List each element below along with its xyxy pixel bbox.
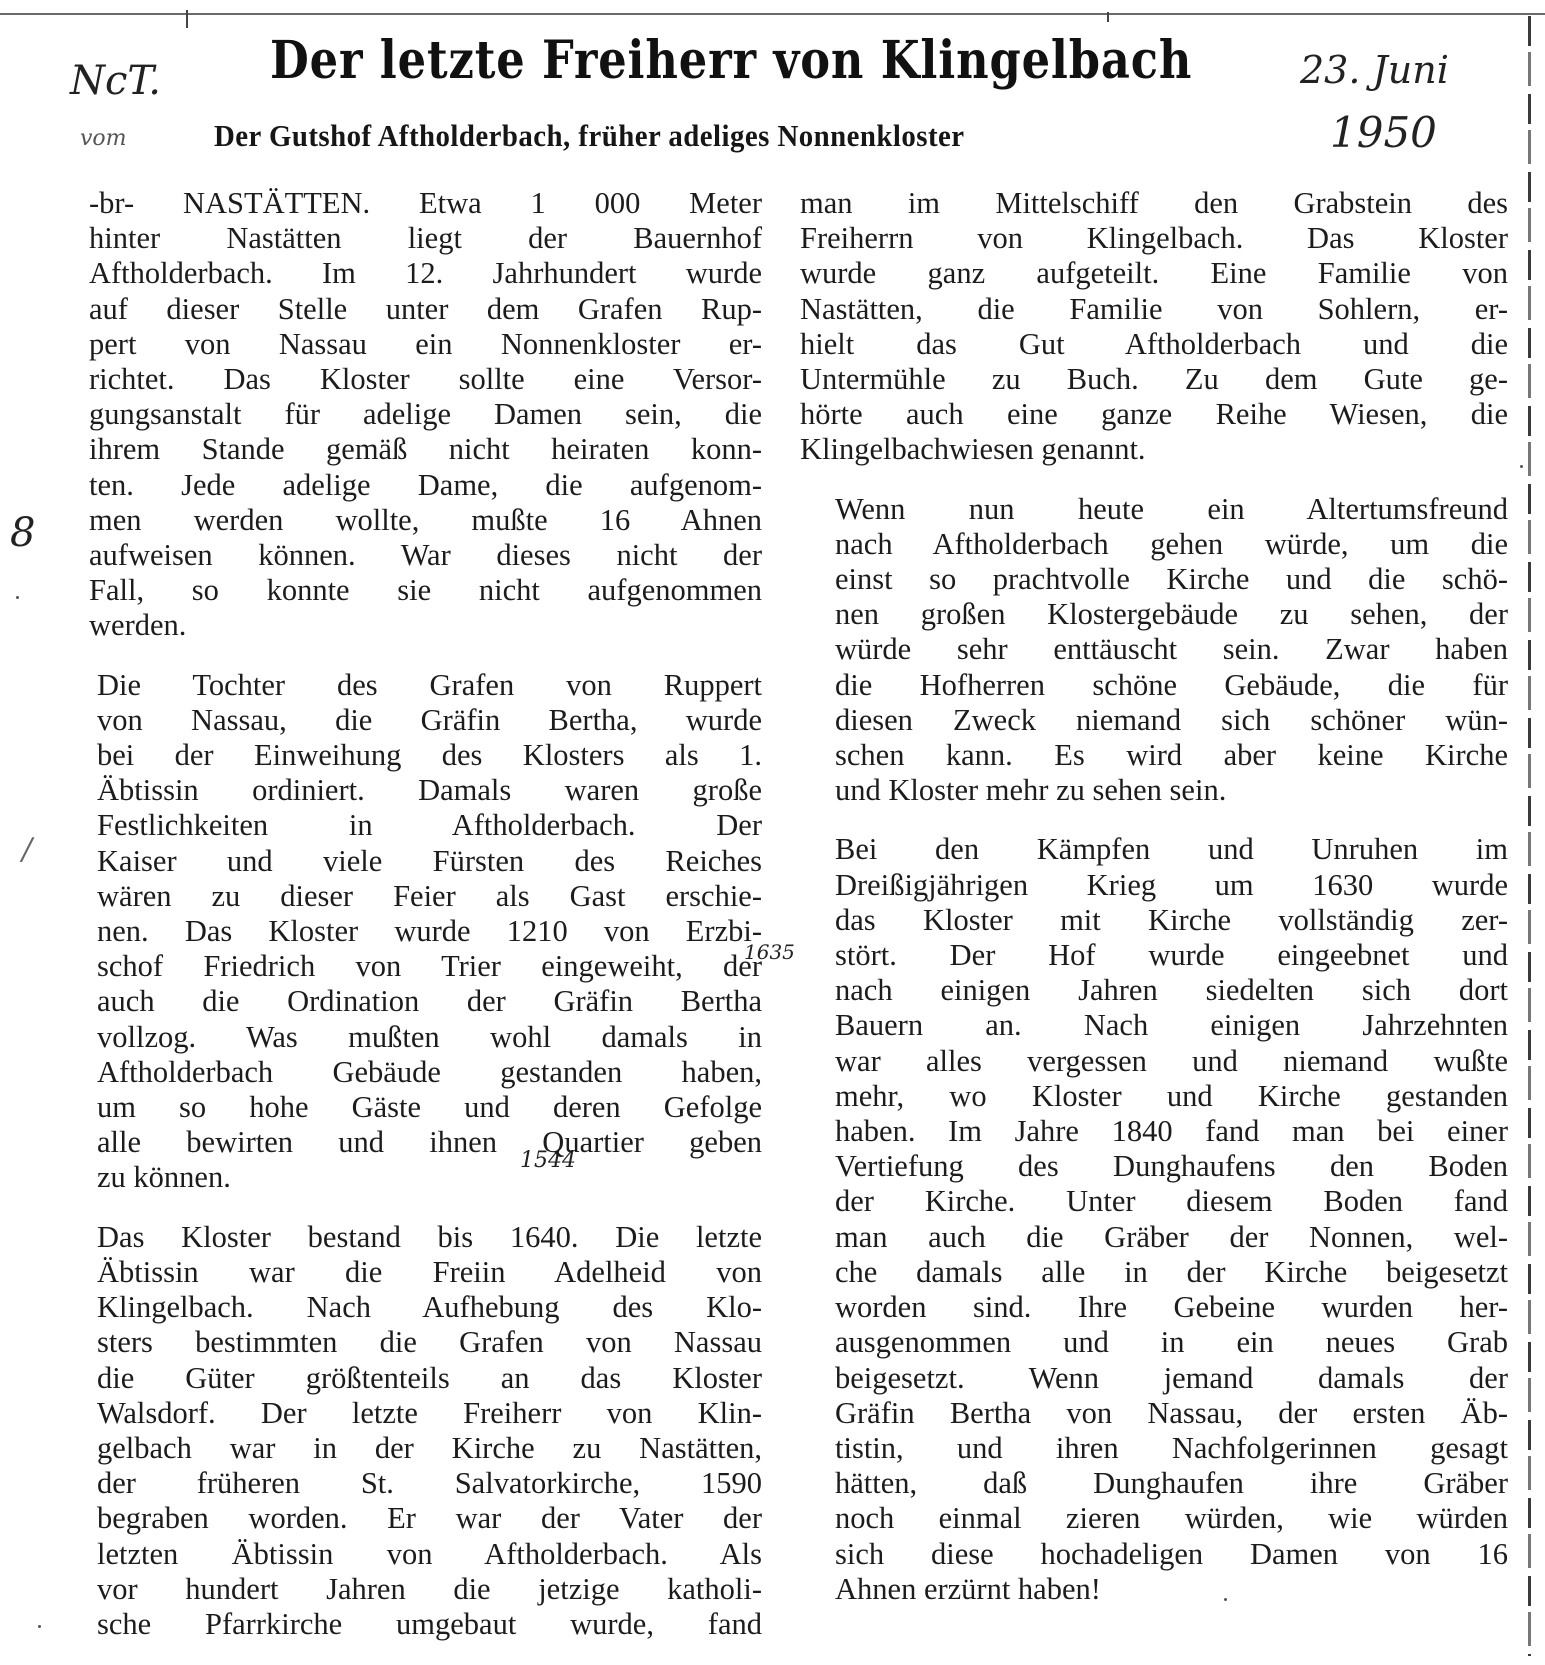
- text-line: einst so prachtvolle Kirche und die schö…: [800, 562, 1508, 597]
- paragraph: man im Mittelschiff den Grabstein des Fr…: [800, 186, 1508, 468]
- text-line: Ahnen erzürnt haben!: [800, 1572, 1508, 1607]
- speck: [1520, 465, 1523, 468]
- text-line: tistin, und ihren Nachfolgerinnen gesagt: [800, 1431, 1508, 1466]
- text-line: um so hohe Gäste und deren Gefolge: [62, 1090, 762, 1125]
- text-line: vor hundert Jahren die jetzige katholi-: [62, 1572, 762, 1607]
- text-line: bei der Einweihung des Klosters als 1.: [62, 738, 762, 773]
- text-line: haben. Im Jahre 1840 fand man bei einer: [800, 1114, 1508, 1149]
- paragraph: Wenn nun heute ein Altertumsfreund nach …: [800, 492, 1508, 809]
- subheadline: Der Gutshof Aftholderbach, früher adelig…: [214, 118, 965, 154]
- text-line: werden.: [62, 608, 762, 643]
- text-line: Walsdorf. Der letzte Freiherr von Klin-: [62, 1396, 762, 1431]
- text-line: alle bewirten und ihnen Quartier geben: [62, 1125, 762, 1160]
- text-line: Untermühle zu Buch. Zu dem Gute ge-: [800, 362, 1508, 397]
- text-line: Wenn nun heute ein Altertumsfreund: [800, 492, 1508, 527]
- text-line: Nastätten, die Familie von Sohlern, er-: [800, 292, 1508, 327]
- text-line: hinter Nastätten liegt der Bauernhof: [62, 221, 762, 256]
- text-line: noch einmal zieren würden, wie würden: [800, 1501, 1508, 1536]
- text-line: die Güter größtenteils an das Kloster: [62, 1361, 762, 1396]
- text-line: vollzog. Was mußten wohl damals in: [62, 1020, 762, 1055]
- article-column-left: -br- NASTÄTTEN. Etwa 1 000 Meter hinter …: [62, 186, 762, 1665]
- speck: [16, 596, 19, 599]
- text-line: Aftholderbach. Im 12. Jahrhundert wurde: [62, 256, 762, 291]
- handwritten-note-top-left: NcT.: [70, 58, 161, 104]
- text-line: Äbtissin war die Freiin Adelheid von: [62, 1255, 762, 1290]
- text-line: nach einigen Jahren siedelten sich dort: [800, 973, 1508, 1008]
- headline: Der letzte Freiherr von Klingelbach: [270, 30, 1147, 91]
- text-line: mehr, wo Kloster und Kirche gestanden: [800, 1079, 1508, 1114]
- clipping-top-border: [0, 13, 1545, 15]
- text-line: die Hofherren schöne Gebäude, die für: [800, 668, 1508, 703]
- text-line: worden sind. Ihre Gebeine wurden her-: [800, 1290, 1508, 1325]
- paragraph: Das Kloster bestand bis 1640. Die letzte…: [62, 1220, 762, 1642]
- text-line: hielt das Gut Aftholderbach und die: [800, 327, 1508, 362]
- paragraph: Die Tochter des Grafen von Ruppert von N…: [62, 668, 762, 1196]
- text-line: Bei den Kämpfen und Unruhen im: [800, 832, 1508, 867]
- text-line: nen großen Klostergebäude zu sehen, der: [800, 597, 1508, 632]
- text-line: ausgenommen und in ein neues Grab: [800, 1325, 1508, 1360]
- handwritten-date: 23. Juni: [1300, 48, 1449, 92]
- text-line: begraben worden. Er war der Vater der: [62, 1501, 762, 1536]
- text-line: pert von Nassau ein Nonnenkloster er-: [62, 327, 762, 362]
- text-line: Das Kloster bestand bis 1640. Die letzte: [62, 1220, 762, 1255]
- text-line: würde sehr enttäuscht sein. Zwar haben: [800, 632, 1508, 667]
- text-line: auf dieser Stelle unter dem Grafen Rup-: [62, 292, 762, 327]
- text-line: ihrem Stande gemäß nicht heiraten konn-: [62, 432, 762, 467]
- text-line: Die Tochter des Grafen von Ruppert: [62, 668, 762, 703]
- text-line: man auch die Gräber der Nonnen, wel-: [800, 1220, 1508, 1255]
- text-line: das Kloster mit Kirche vollständig zer-: [800, 903, 1508, 938]
- text-line: Aftholderbach Gebäude gestanden haben,: [62, 1055, 762, 1090]
- text-line: man im Mittelschiff den Grabstein des: [800, 186, 1508, 221]
- text-line: nen. Das Kloster wurde 1210 von Erzbi-: [62, 914, 762, 949]
- text-line: hörte auch eine ganze Reihe Wiesen, die: [800, 397, 1508, 432]
- text-line: schen kann. Es wird aber keine Kirche: [800, 738, 1508, 773]
- text-line: hätten, daß Dunghaufen ihre Gräber: [800, 1466, 1508, 1501]
- text-line: Gräfin Bertha von Nassau, der ersten Äb-: [800, 1396, 1508, 1431]
- text-line: sters bestimmten die Grafen von Nassau: [62, 1325, 762, 1360]
- text-line: nach Aftholderbach gehen würde, um die: [800, 527, 1508, 562]
- paragraph: -br- NASTÄTTEN. Etwa 1 000 Meter hinter …: [62, 186, 762, 644]
- text-line: che damals alle in der Kirche beigesetzt: [800, 1255, 1508, 1290]
- text-line: Klingelbach. Nach Aufhebung des Klo-: [62, 1290, 762, 1325]
- text-line: Bauern an. Nach einigen Jahrzehnten: [800, 1008, 1508, 1043]
- text-line: aufweisen können. War dieses nicht der: [62, 538, 762, 573]
- text-line: diesen Zweck niemand sich schöner wün-: [800, 703, 1508, 738]
- text-line: Äbtissin ordiniert. Damals waren große: [62, 773, 762, 808]
- text-line: letzten Äbtissin von Aftholderbach. Als: [62, 1537, 762, 1572]
- text-line: Fall, so konnte sie nicht aufgenommen: [62, 573, 762, 608]
- text-line: und Kloster mehr zu sehen sein.: [800, 773, 1508, 808]
- text-line: war alles vergessen und niemand wußte: [800, 1044, 1508, 1079]
- text-line: schof Friedrich von Trier eingeweiht, de…: [62, 949, 762, 984]
- text-line: der früheren St. Salvatorkirche, 1590: [62, 1466, 762, 1501]
- text-line: Vertiefung des Dunghaufens den Boden: [800, 1149, 1508, 1184]
- text-line: auch die Ordination der Gräfin Bertha: [62, 984, 762, 1019]
- article-column-right: man im Mittelschiff den Grabstein des Fr…: [800, 186, 1508, 1631]
- text-line: stört. Der Hof wurde eingeebnet und: [800, 938, 1508, 973]
- text-line: Festlichkeiten in Aftholderbach. Der: [62, 808, 762, 843]
- text-line: richtet. Das Kloster sollte eine Versor-: [62, 362, 762, 397]
- text-line: gungsanstalt für adelige Damen sein, die: [62, 397, 762, 432]
- text-line: Kaiser und viele Fürsten des Reiches: [62, 844, 762, 879]
- text-line: wurde ganz aufgeteilt. Eine Familie von: [800, 256, 1508, 291]
- handwritten-margin-mark: 8: [10, 510, 35, 556]
- text-line: Freiherrn von Klingelbach. Das Kloster: [800, 221, 1508, 256]
- text-line: men werden wollte, mußte 16 Ahnen: [62, 503, 762, 538]
- text-line: gelbach war in der Kirche zu Nastätten,: [62, 1431, 762, 1466]
- handwritten-note-vom: vom: [80, 126, 127, 151]
- text-line: von Nassau, die Gräfin Bertha, wurde: [62, 703, 762, 738]
- speck: [38, 1625, 41, 1628]
- text-line: zu können.: [62, 1160, 762, 1195]
- text-line: wären zu dieser Feier als Gast erschie-: [62, 879, 762, 914]
- handwritten-margin-tick: /: [22, 832, 32, 867]
- text-line: der Kirche. Unter diesem Boden fand: [800, 1184, 1508, 1219]
- clipping-right-border: [1528, 16, 1531, 1656]
- text-line: Dreißigjährigen Krieg um 1630 wurde: [800, 868, 1508, 903]
- text-line: sich diese hochadeligen Damen von 16: [800, 1537, 1508, 1572]
- handwritten-year: 1950: [1330, 108, 1437, 157]
- border-tick: [1107, 12, 1109, 22]
- text-line: sche Pfarrkirche umgebaut wurde, fand: [62, 1607, 762, 1642]
- text-line: ten. Jede adelige Dame, die aufgenom-: [62, 468, 762, 503]
- text-line: Klingelbachwiesen genannt.: [800, 432, 1508, 467]
- text-line: beigesetzt. Wenn jemand damals der: [800, 1361, 1508, 1396]
- text-line: -br- NASTÄTTEN. Etwa 1 000 Meter: [62, 186, 762, 221]
- border-tick: [186, 10, 188, 28]
- paragraph: Bei den Kämpfen und Unruhen im Dreißigjä…: [800, 832, 1508, 1606]
